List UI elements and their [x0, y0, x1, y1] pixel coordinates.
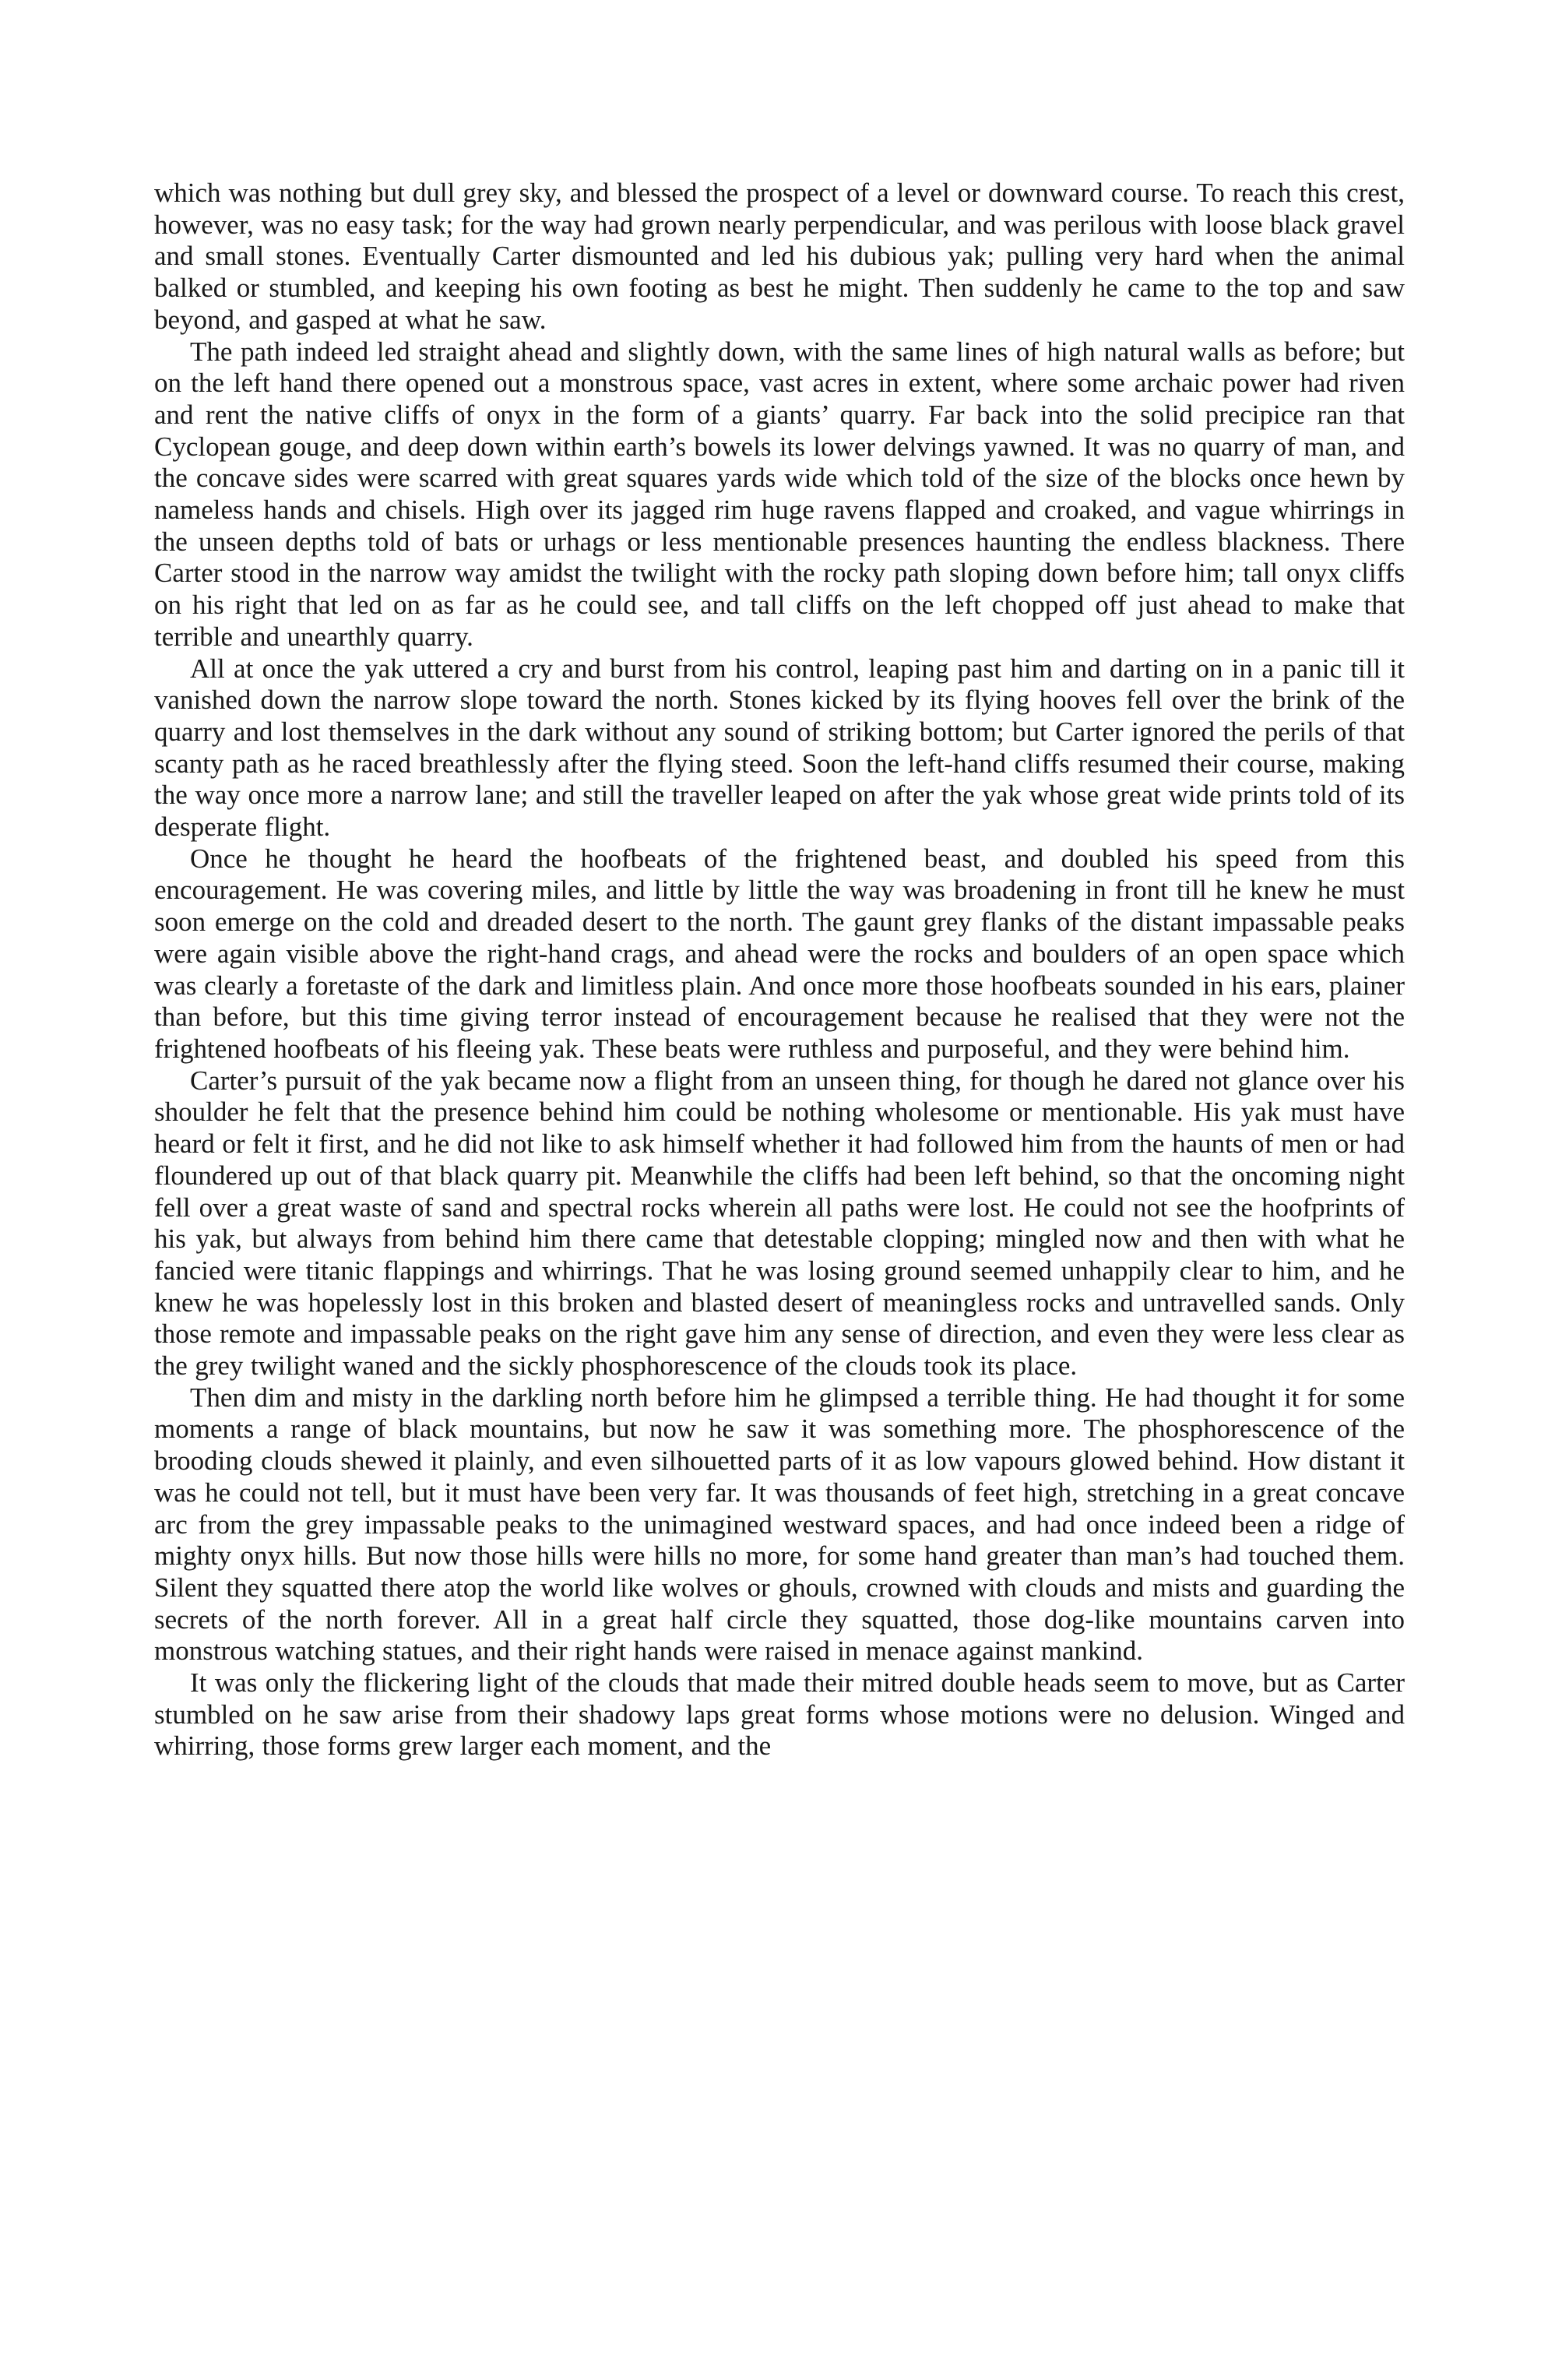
- paragraph: The path indeed led straight ahead and s…: [154, 336, 1405, 653]
- paragraph-cutoff: It was only the flickering light of the …: [154, 1667, 1405, 1762]
- paragraph: All at once the yak uttered a cry and bu…: [154, 653, 1405, 843]
- book-page: which was nothing but dull grey sky, and…: [0, 0, 1548, 2380]
- paragraph: Once he thought he heard the hoofbeats o…: [154, 843, 1405, 1065]
- paragraph: Then dim and misty in the darkling north…: [154, 1382, 1405, 1667]
- paragraph: Carter’s pursuit of the yak became now a…: [154, 1065, 1405, 1382]
- paragraph-continuation: which was nothing but dull grey sky, and…: [154, 178, 1405, 336]
- text-block: which was nothing but dull grey sky, and…: [154, 178, 1405, 1762]
